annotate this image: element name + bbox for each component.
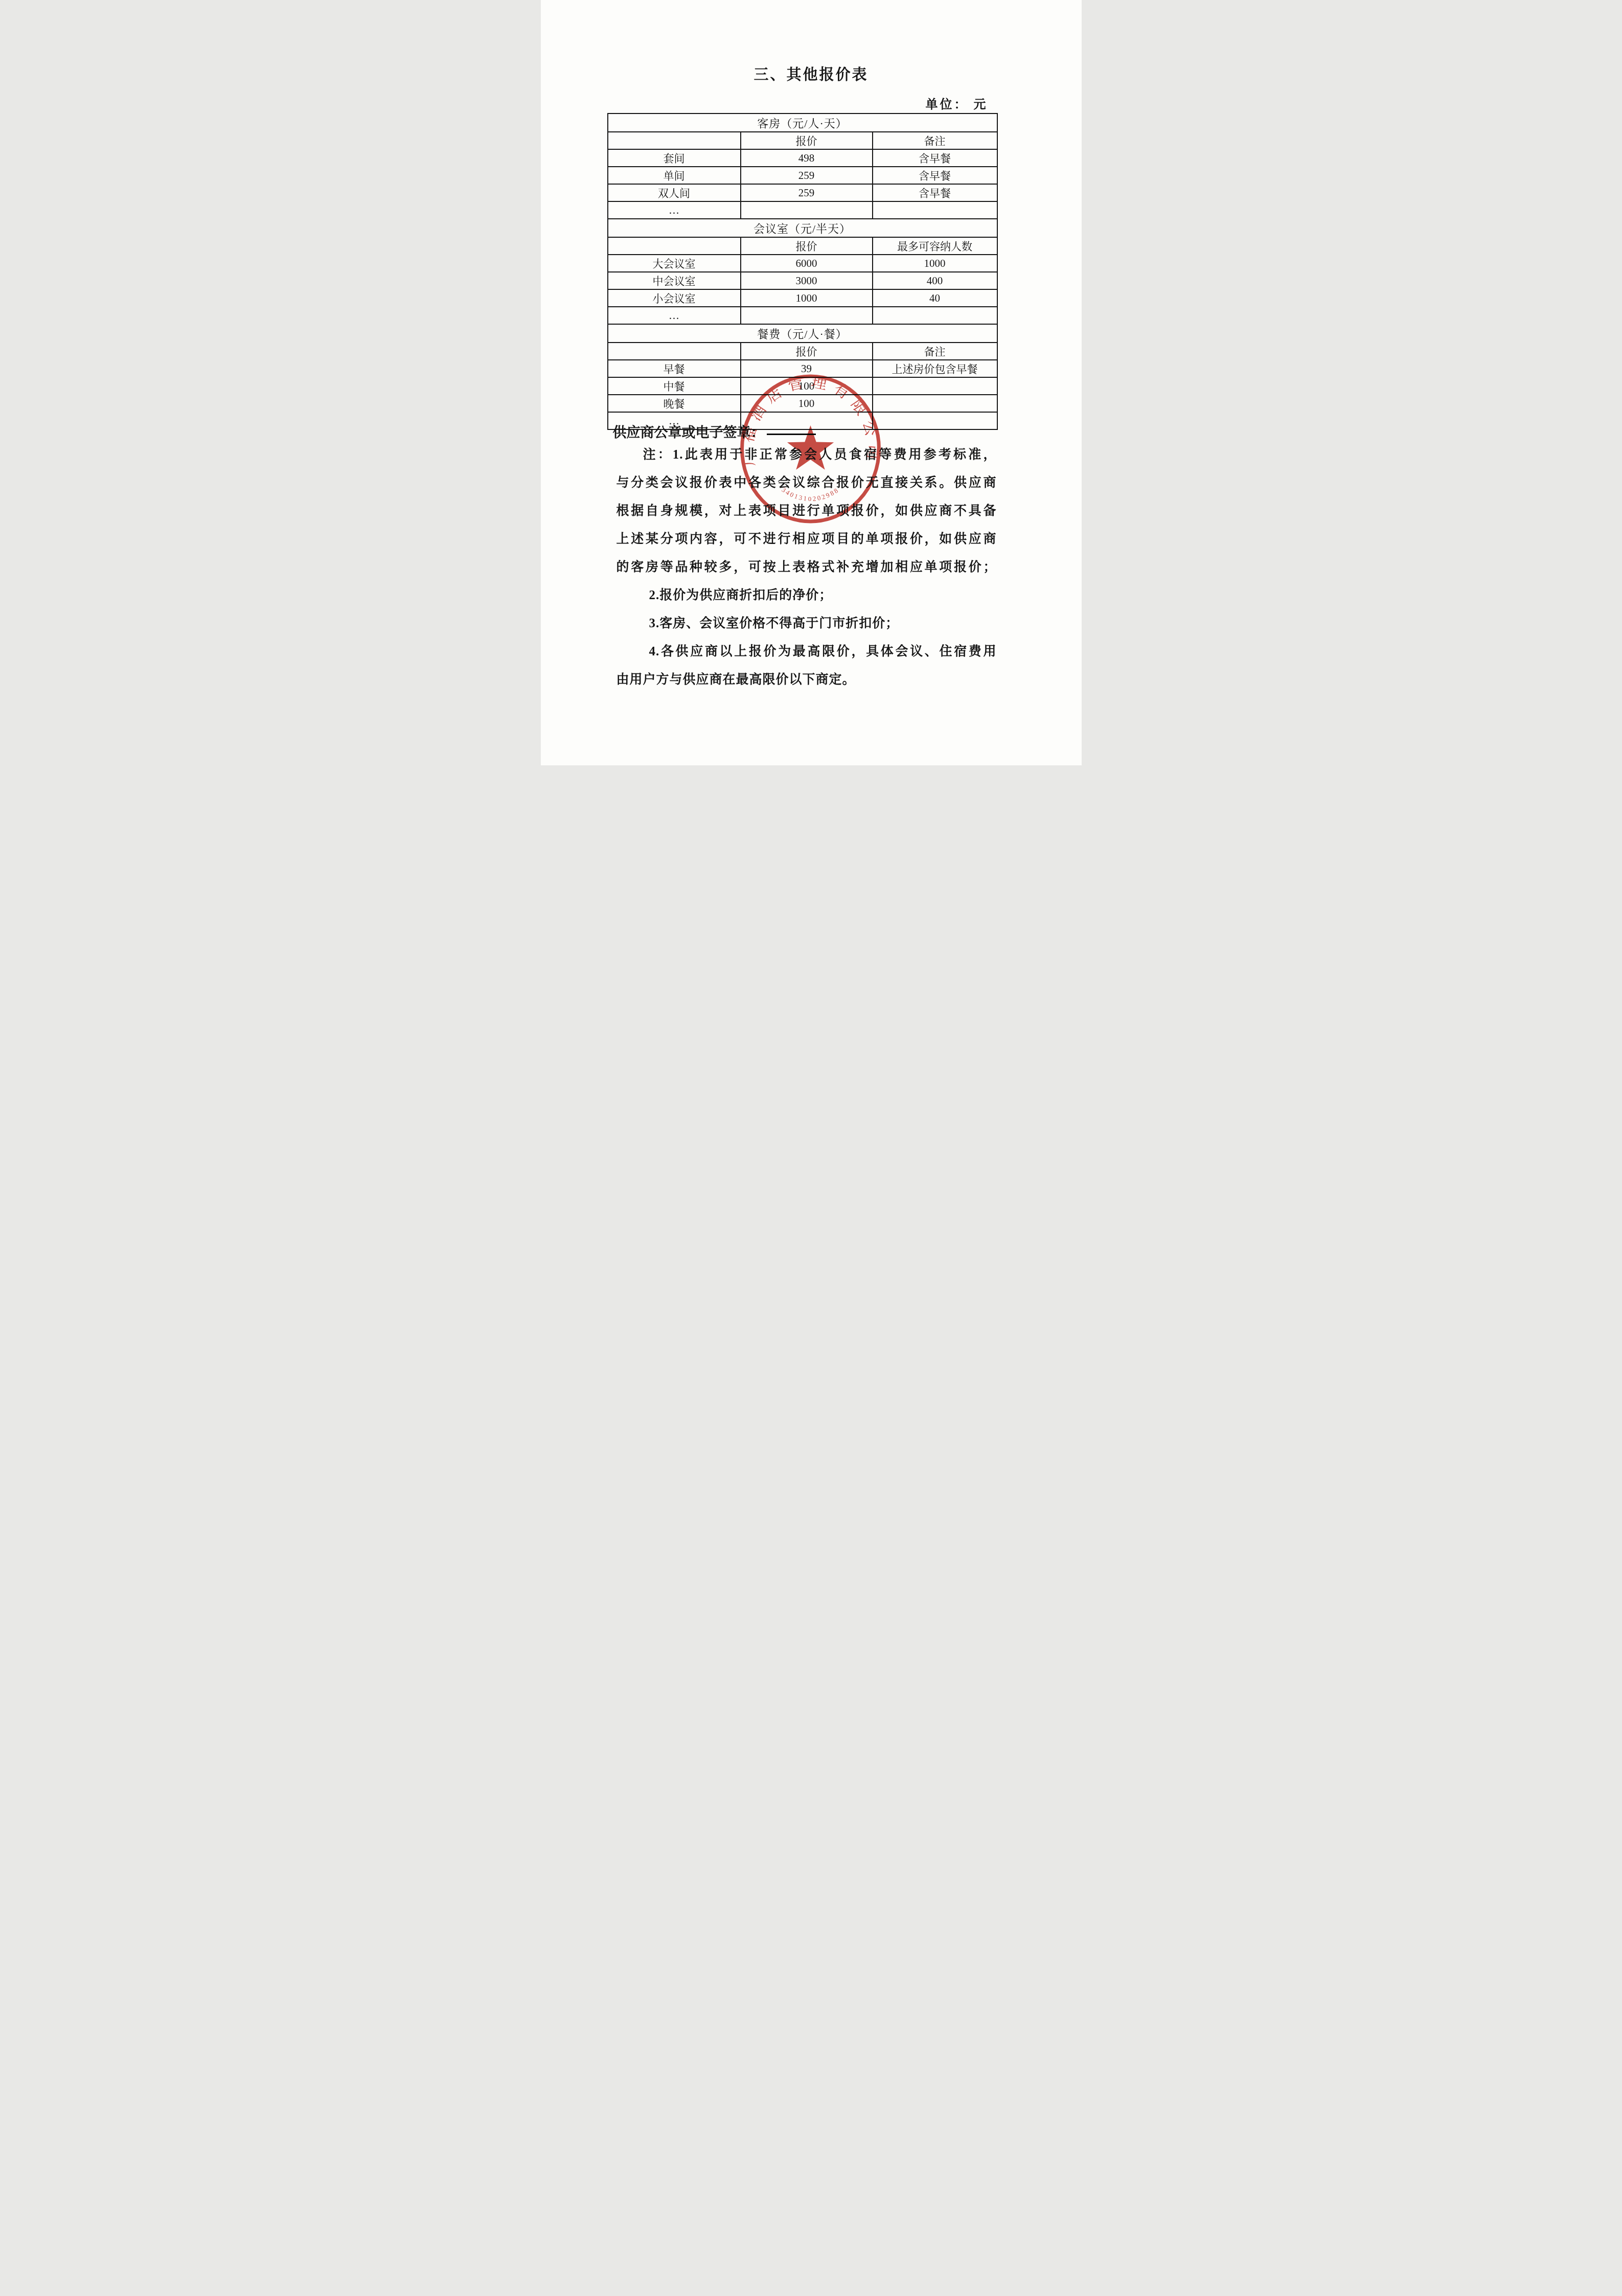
table-row: … xyxy=(608,307,997,324)
table-cell: 报价 xyxy=(741,343,873,360)
table-cell: 早餐 xyxy=(608,360,741,377)
table-cell: 400 xyxy=(873,272,997,289)
table-cell: 中餐 xyxy=(608,377,741,395)
table-cell xyxy=(741,307,873,324)
note-line: 上述某分项内容，可不进行相应项目的单项报价，如供应商 xyxy=(616,525,997,553)
table-cell xyxy=(608,237,741,255)
note-line: 与分类会议报价表中各类会议综合报价无直接关系。供应商 xyxy=(616,469,997,497)
note-line: 由用户方与供应商在最高限价以下商定。 xyxy=(616,666,997,694)
table-cell: 报价 xyxy=(741,237,873,255)
table-cell: 含早餐 xyxy=(873,167,997,184)
column-header-row: 报价 最多可容纳人数 xyxy=(608,237,997,255)
table-row: 小会议室 1000 40 xyxy=(608,289,997,307)
table-cell: 中会议室 xyxy=(608,272,741,289)
unit-label: 单位： 元 xyxy=(926,94,988,112)
table-cell: 含早餐 xyxy=(873,149,997,167)
table-cell xyxy=(873,307,997,324)
table-cell: 晚餐 xyxy=(608,395,741,412)
column-header-row: 报价 备注 xyxy=(608,132,997,149)
notes-block: 注：1.此表用于非正常参会人员食宿等费用参考标准， 与分类会议报价表中各类会议综… xyxy=(616,441,997,694)
note-line: 根据自身规模，对上表项目进行单项报价，如供应商不具备 xyxy=(616,497,997,525)
table-row: … xyxy=(608,201,997,219)
table-cell: 259 xyxy=(741,167,873,184)
table-cell: 套间 xyxy=(608,149,741,167)
section-header-meals: 餐费（元/人·餐） xyxy=(608,324,997,343)
table-cell: 报价 xyxy=(741,132,873,149)
table-cell: 6000 xyxy=(741,255,873,272)
section-title: 餐费（元/人·餐） xyxy=(608,324,997,343)
table-row: 中会议室 3000 400 xyxy=(608,272,997,289)
note-line: 2.报价为供应商折扣后的净价； xyxy=(616,581,997,609)
table-row: 套间 498 含早餐 xyxy=(608,149,997,167)
table-cell: 单间 xyxy=(608,167,741,184)
table-cell: 40 xyxy=(873,289,997,307)
table-cell: 双人间 xyxy=(608,184,741,201)
table-cell: 大会议室 xyxy=(608,255,741,272)
table-cell: 备注 xyxy=(873,132,997,149)
note-line: 的客房等品种较多，可按上表格式补充增加相应单项报价； xyxy=(616,553,997,581)
note-line: 4.各供应商以上报价为最高限价，具体会议、住宿费用 xyxy=(616,638,997,666)
section-title: 会议室（元/半天） xyxy=(608,219,997,237)
section-header-rooms: 客房（元/人·天） xyxy=(608,113,997,132)
section-header-meeting-rooms: 会议室（元/半天） xyxy=(608,219,997,237)
table-cell: 备注 xyxy=(873,343,997,360)
table-row: 双人间 259 含早餐 xyxy=(608,184,997,201)
table-row: 单间 259 含早餐 xyxy=(608,167,997,184)
table-row: 大会议室 6000 1000 xyxy=(608,255,997,272)
table-cell: 1000 xyxy=(741,289,873,307)
table-cell: 1000 xyxy=(873,255,997,272)
table-cell xyxy=(873,201,997,219)
table-cell: 3000 xyxy=(741,272,873,289)
table-cell xyxy=(608,132,741,149)
page-title: 三、其他报价表 xyxy=(541,63,1082,84)
table-cell: 259 xyxy=(741,184,873,201)
table-cell: 上述房价包含早餐 xyxy=(873,360,997,377)
note-line: 3.客房、会议室价格不得高于门市折扣价； xyxy=(616,609,997,638)
table-cell xyxy=(608,343,741,360)
table-cell: 含早餐 xyxy=(873,184,997,201)
column-header-row: 报价 备注 xyxy=(608,343,997,360)
section-title: 客房（元/人·天） xyxy=(608,113,997,132)
note-line: 注：1.此表用于非正常参会人员食宿等费用参考标准， xyxy=(616,441,997,469)
table-cell xyxy=(741,201,873,219)
table-cell xyxy=(873,395,997,412)
table-cell: … xyxy=(608,307,741,324)
table-cell: 小会议室 xyxy=(608,289,741,307)
table-cell xyxy=(873,377,997,395)
document-page: 三、其他报价表 单位： 元 客房（元/人·天） 报价 备注 套间 498 含早餐… xyxy=(541,0,1082,765)
table-cell: 498 xyxy=(741,149,873,167)
table-cell: 最多可容纳人数 xyxy=(873,237,997,255)
table-cell xyxy=(873,412,997,429)
table-cell: … xyxy=(608,201,741,219)
